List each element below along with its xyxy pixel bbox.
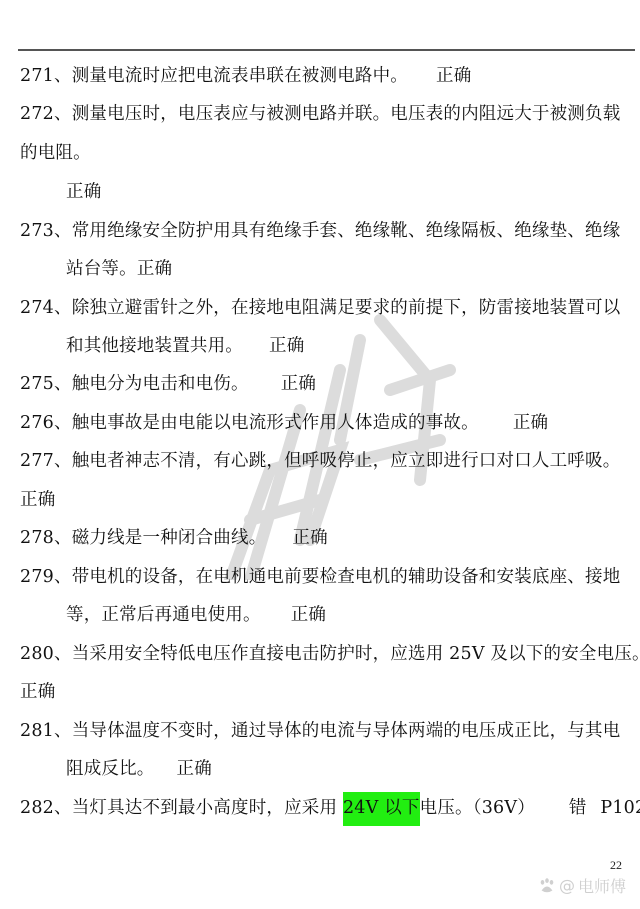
question-273-cont: 站台等。正确 [66,257,172,281]
brand-at: @ [559,876,575,895]
question-275: 275、触电分为电击和电伤。正确 [20,372,316,396]
question-274: 274、除独立避雷针之外，在接地电阻满足要求的前提下，防雷接地装置可以 [20,296,620,320]
answer: 错 [569,796,587,820]
question-282: 282、当灯具达不到最小高度时，应采用 24V 以下电压。（36V）错 P102 [20,796,640,820]
question-279-cont: 等，正常后再通电使用。正确 [66,603,326,627]
answer: 正确 [436,64,471,88]
question-280: 280、当采用安全特低电压作直接电击防护时，应选用 25V 及以下的安全电压。 [20,642,640,666]
question-278: 278、磁力线是一种闭合曲线。正确 [20,526,328,550]
question-277: 277、触电者神志不清，有心跳，但呼吸停止，应立即进行口对口人工呼吸。 [20,449,620,473]
question-281-cont: 阻成反比。正确 [66,757,212,781]
brand-name: 电师傅 [578,874,626,897]
question-276: 276、触电事故是由电能以电流形式作用人体造成的事故。正确 [20,411,548,435]
question-271: 271、测量电流时应把电流表串联在被测电路中。正确 [20,64,471,88]
question-281: 281、当导体温度不变时，通过导体的电流与导体两端的电压成正比，与其电 [20,719,620,743]
answer-280: 正确 [20,680,55,704]
question-279: 279、带电机的设备，在电机通电前要检查电机的辅助设备和安装底座、接地 [20,565,620,589]
question-272-cont: 的电阻。 [20,141,91,165]
header-rule [18,49,635,51]
question-274-cont: 和其他接地装置共用。正确 [66,334,304,358]
paw-logo-icon [538,877,556,895]
page-number: 22 [610,858,622,873]
answer-277: 正确 [20,488,55,512]
highlighted-text: 24V 以下 [343,792,420,826]
answer-272: 正确 [66,180,101,204]
question-273: 273、常用绝缘安全防护用具有绝缘手套、绝缘靴、绝缘隔板、绝缘垫、绝缘 [20,219,620,243]
page-reference: P102 [600,798,640,818]
question-272: 272、测量电压时，电压表应与被测电路并联。电压表的内阻远大于被测负载 [20,102,620,126]
brand-watermark: @ 电师傅 [538,874,626,897]
